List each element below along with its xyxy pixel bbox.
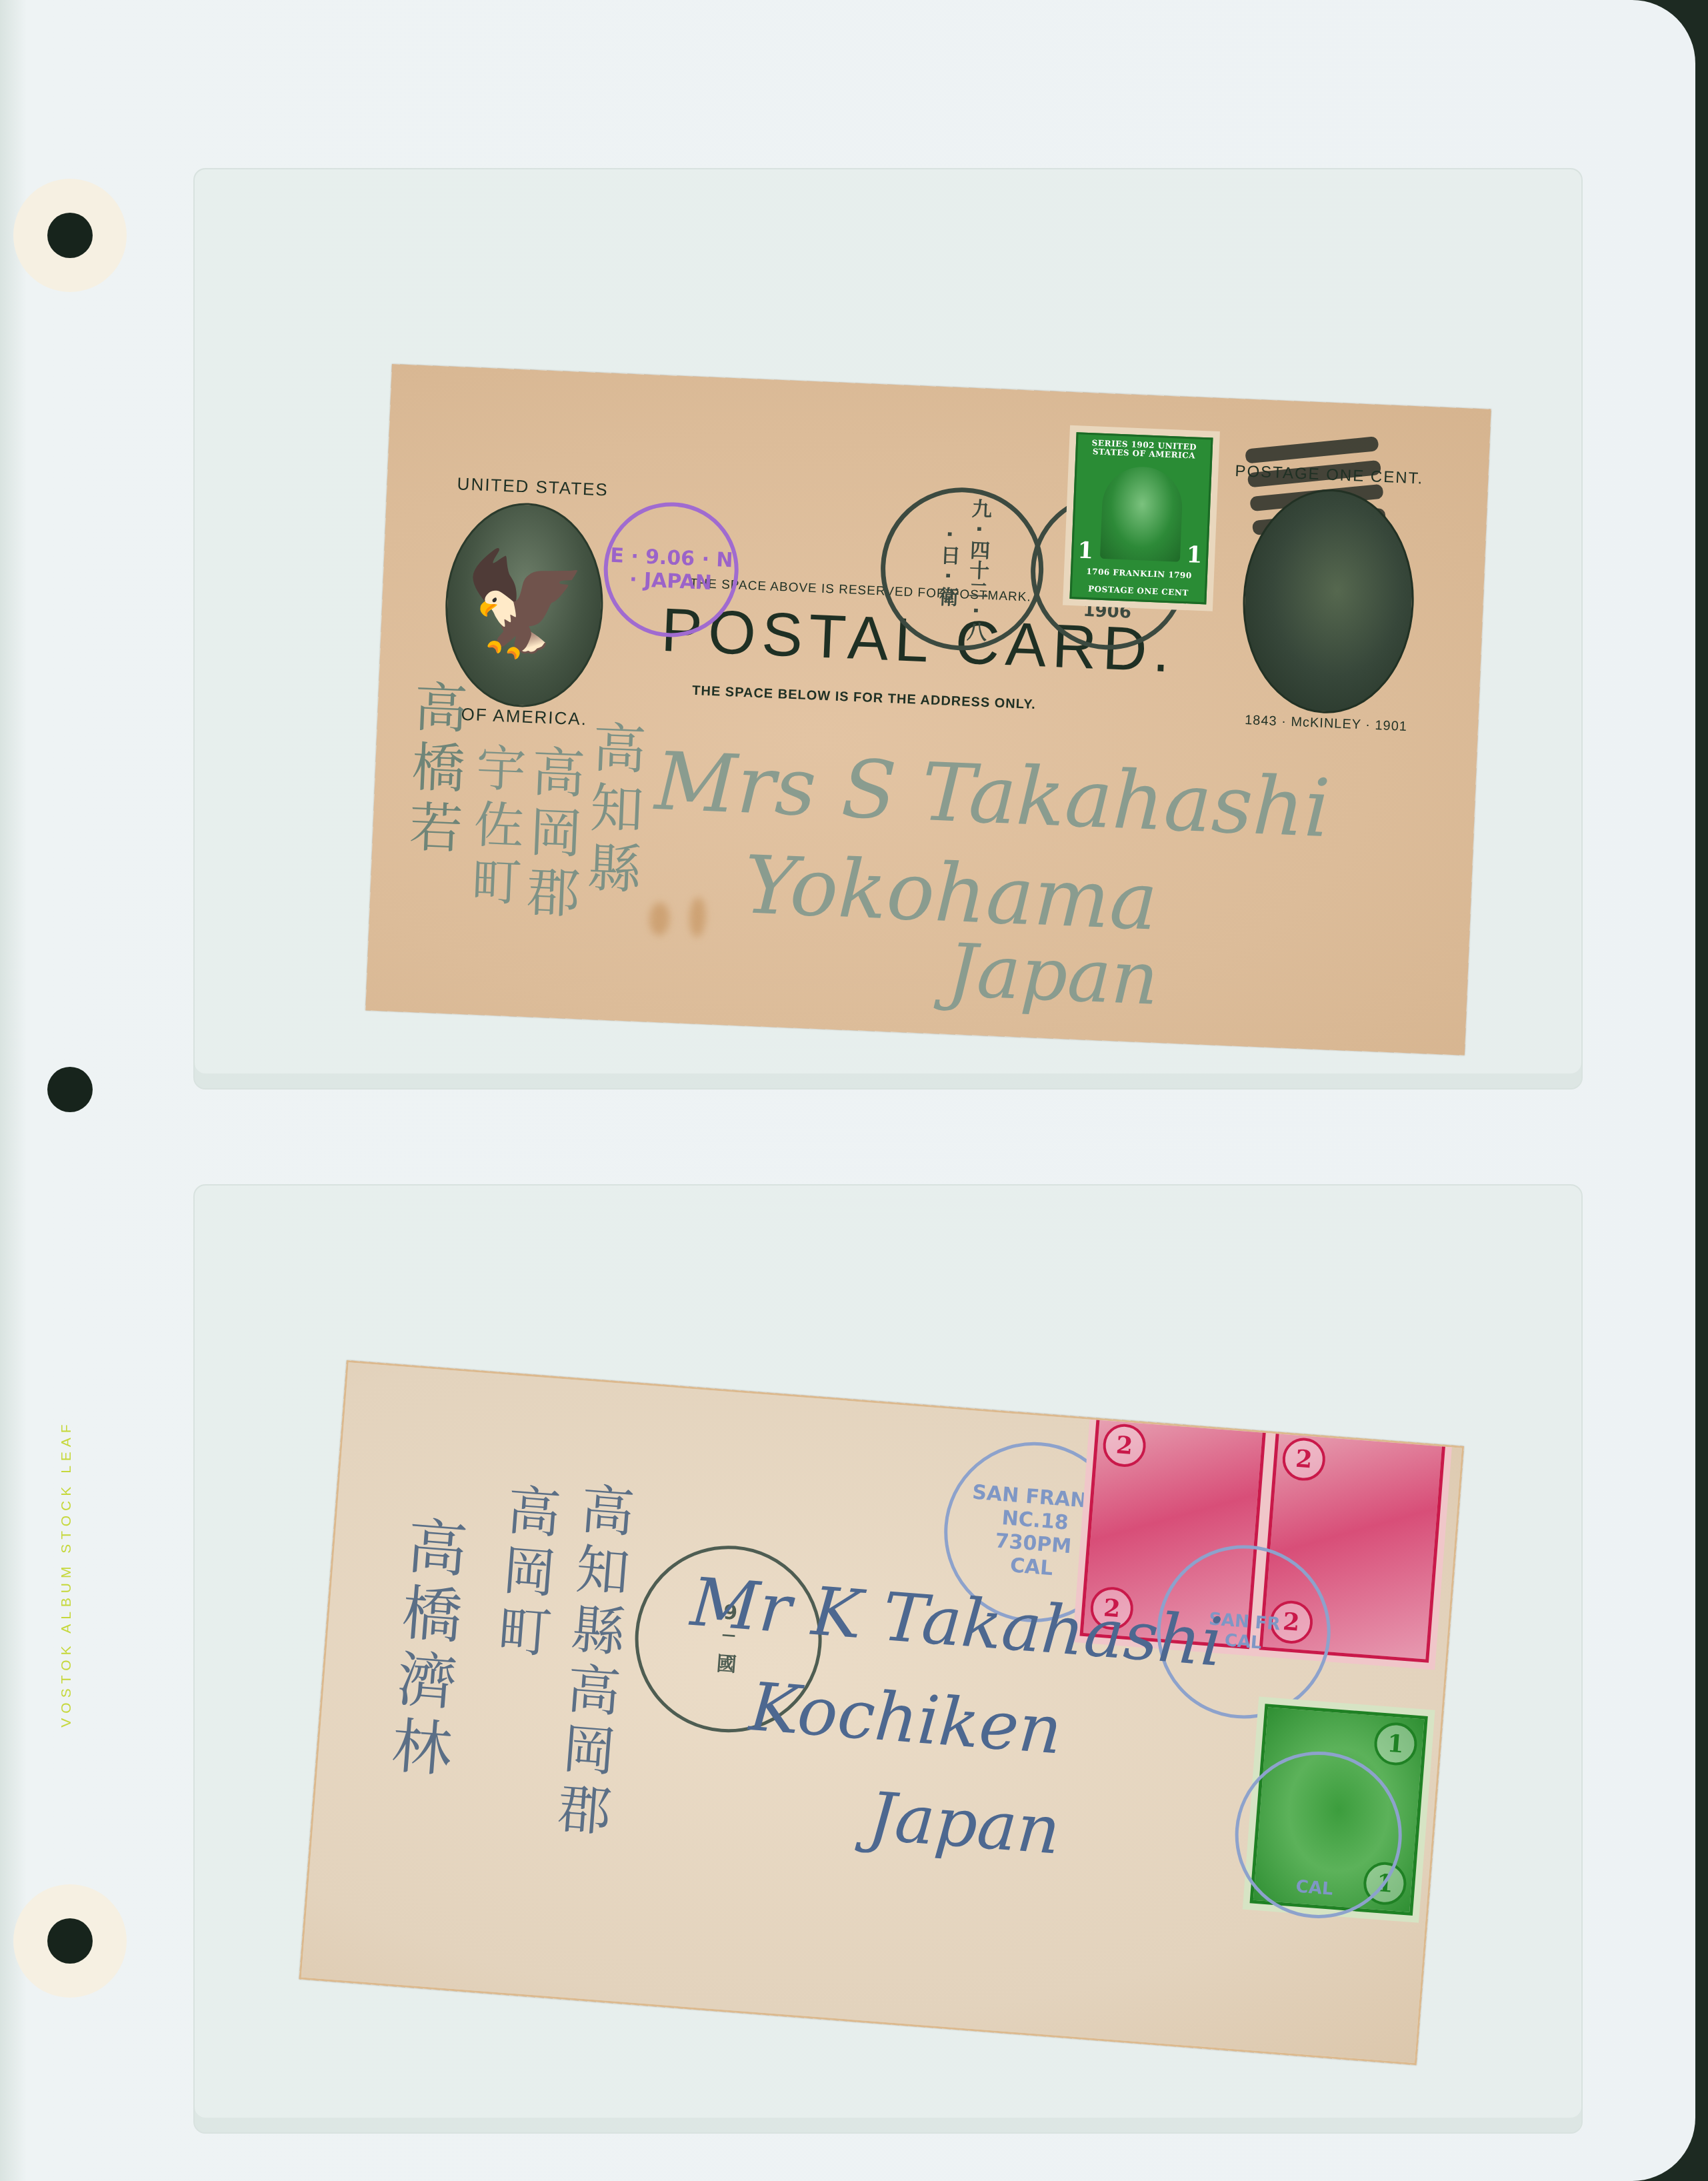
cover[interactable]: SAN FRANC NC.18 730PM CAL 2 2 2 2 SAN FR… <box>299 1360 1464 2065</box>
stamp-top-text: SERIES 1902 UNITED STATES OF AMERICA <box>1080 438 1208 461</box>
stamp-bottom-text: POSTAGE ONE CENT <box>1088 585 1189 597</box>
address-line-3: Japan <box>865 1777 1063 1870</box>
space-below-notice: THE SPACE BELOW IS FOR THE ADDRESS ONLY. <box>692 683 1036 713</box>
postal-card[interactable]: UNITED STATES 🦅 OF AMERICA. THE SPACE AB… <box>365 364 1491 1055</box>
arc-text-top: UNITED STATES <box>457 473 609 500</box>
address-line-1: Mrs S Takahashi <box>653 735 1332 855</box>
sender-column-2: 高岡町 <box>479 1480 569 1666</box>
eagle-seal: 🦅 <box>441 500 607 710</box>
sender-column-3: 高橋濟林 <box>370 1513 477 1786</box>
address-line-3: Japan <box>946 927 1161 1021</box>
album-brand-label: VOSTOK ALBUM STOCK LEAF <box>59 1420 75 1727</box>
stamp-banner: 1706 FRANKLIN 1790 <box>1086 567 1192 581</box>
franklin-portrait <box>1099 465 1183 562</box>
arc-text-bottom: OF AMERICA. <box>461 704 588 730</box>
binder-hole-middle <box>47 1067 93 1112</box>
stamp-value-top: 1 <box>1373 1721 1419 1767</box>
sender-column-4: 高橋若 <box>392 678 476 861</box>
stamp-value-top: 2 <box>1281 1436 1327 1482</box>
stamp-value-top: 2 <box>1101 1423 1147 1469</box>
stamp-value-right: 1 <box>1186 541 1203 569</box>
binder-hole-top <box>47 213 93 258</box>
address-line-2: Kochiken <box>747 1668 1064 1770</box>
stamp-value-left: 1 <box>1077 537 1094 564</box>
franklin-stamp[interactable]: SERIES 1902 UNITED STATES OF AMERICA 170… <box>1063 425 1220 611</box>
foxing-stain <box>649 902 670 936</box>
binder-hole-bottom <box>47 1918 93 1964</box>
foxing-stain <box>689 897 706 937</box>
indicium-bottom-text: 1843 · McKINLEY · 1901 <box>1245 713 1408 735</box>
eagle-icon: 🦅 <box>459 544 589 667</box>
